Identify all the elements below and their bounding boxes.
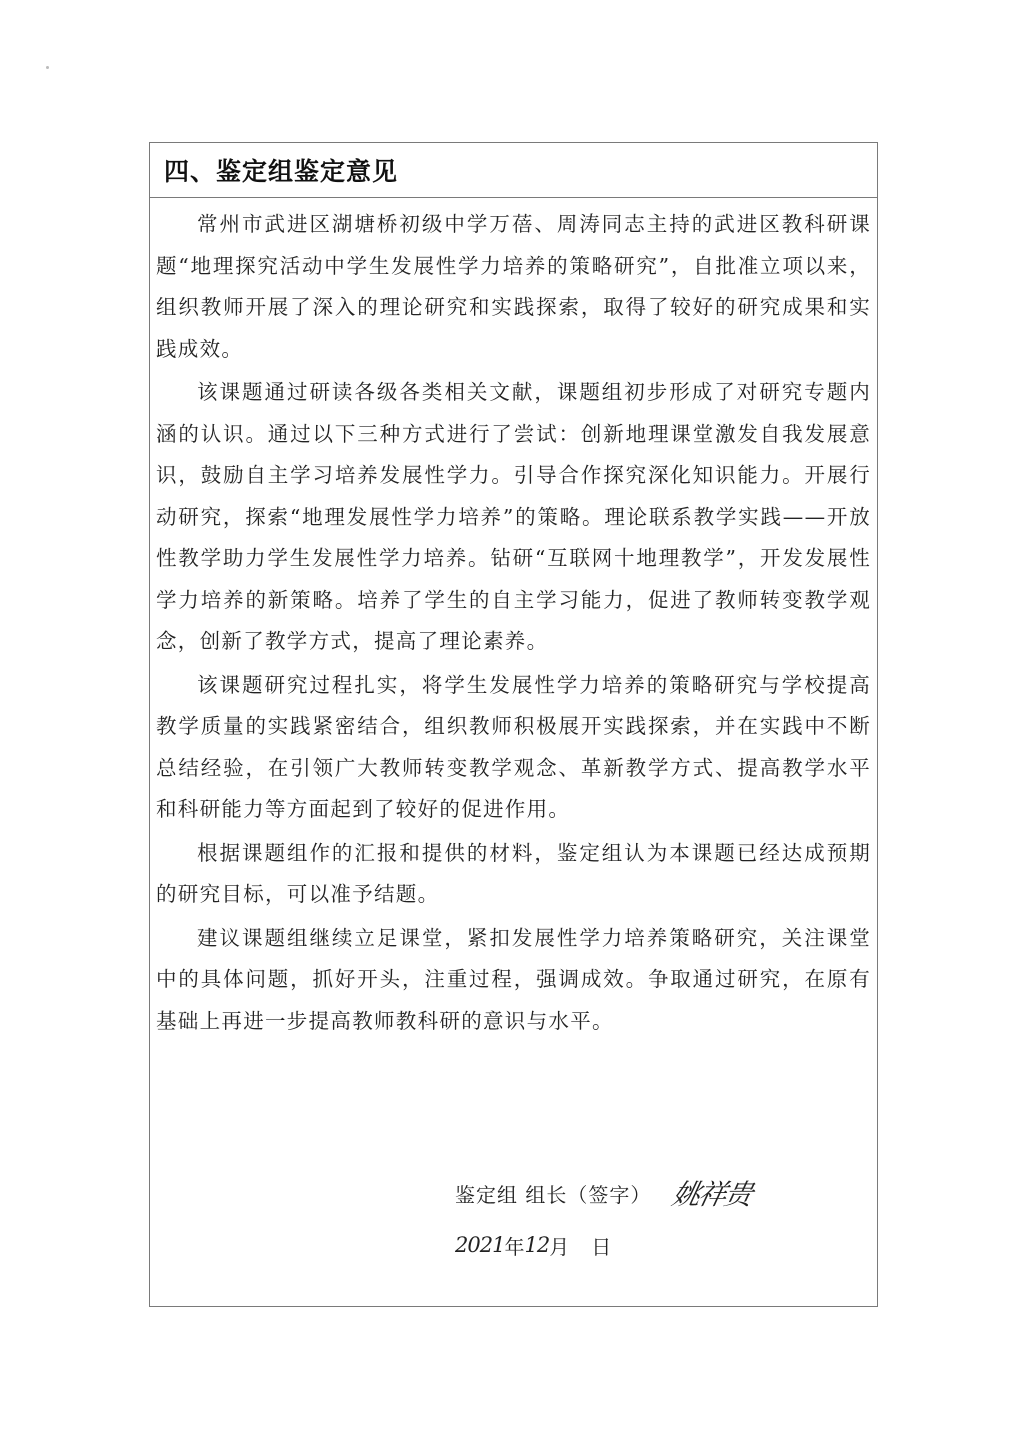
- date-year: 2021: [455, 1233, 504, 1257]
- date-month-unit: 月: [549, 1231, 569, 1260]
- section-header: 四、鉴定组鉴定意见: [150, 143, 877, 198]
- date-year-unit: 年: [504, 1231, 524, 1260]
- appraisal-opinion-table: 四、鉴定组鉴定意见 常州市武进区湖塘桥初级中学万蓓、周涛同志主持的武进区教科研课…: [149, 142, 878, 1307]
- signature-row: 鉴定组 组长（签字） 姚祥贵: [455, 1170, 751, 1216]
- opinion-body: 常州市武进区湖塘桥初级中学万蓓、周涛同志主持的武进区教科研课题“地理探究活动中学…: [150, 198, 877, 1042]
- section-title: 四、鉴定组鉴定意见: [164, 152, 398, 188]
- opinion-paragraph: 建议课题组继续立足课堂，紧扣发展性学力培养策略研究，关注课堂中的具体问题，抓好开…: [156, 918, 871, 1043]
- scan-speck: [46, 66, 49, 69]
- handwritten-signature: 姚祥贵: [669, 1173, 756, 1213]
- opinion-paragraph: 该课题研究过程扎实，将学生发展性学力培养的策略研究与学校提高教学质量的实践紧密结…: [156, 665, 871, 831]
- opinion-paragraph: 常州市武进区湖塘桥初级中学万蓓、周涛同志主持的武进区教科研课题“地理探究活动中学…: [156, 204, 871, 370]
- date-month: 12: [524, 1233, 549, 1257]
- opinion-paragraph: 根据课题组作的汇报和提供的材料，鉴定组认为本课题已经达成预期的研究目标，可以准予…: [156, 833, 871, 916]
- signature-label: 鉴定组 组长（签字）: [455, 1179, 651, 1208]
- signature-block: 鉴定组 组长（签字） 姚祥贵 2021 年 12 月 日: [455, 1170, 751, 1268]
- opinion-paragraph: 该课题通过研读各级各类相关文献，课题组初步形成了对研究专题内涵的认识。通过以下三…: [156, 372, 871, 663]
- date-row: 2021 年 12 月 日: [455, 1222, 751, 1268]
- date-day-unit: 日: [591, 1231, 611, 1260]
